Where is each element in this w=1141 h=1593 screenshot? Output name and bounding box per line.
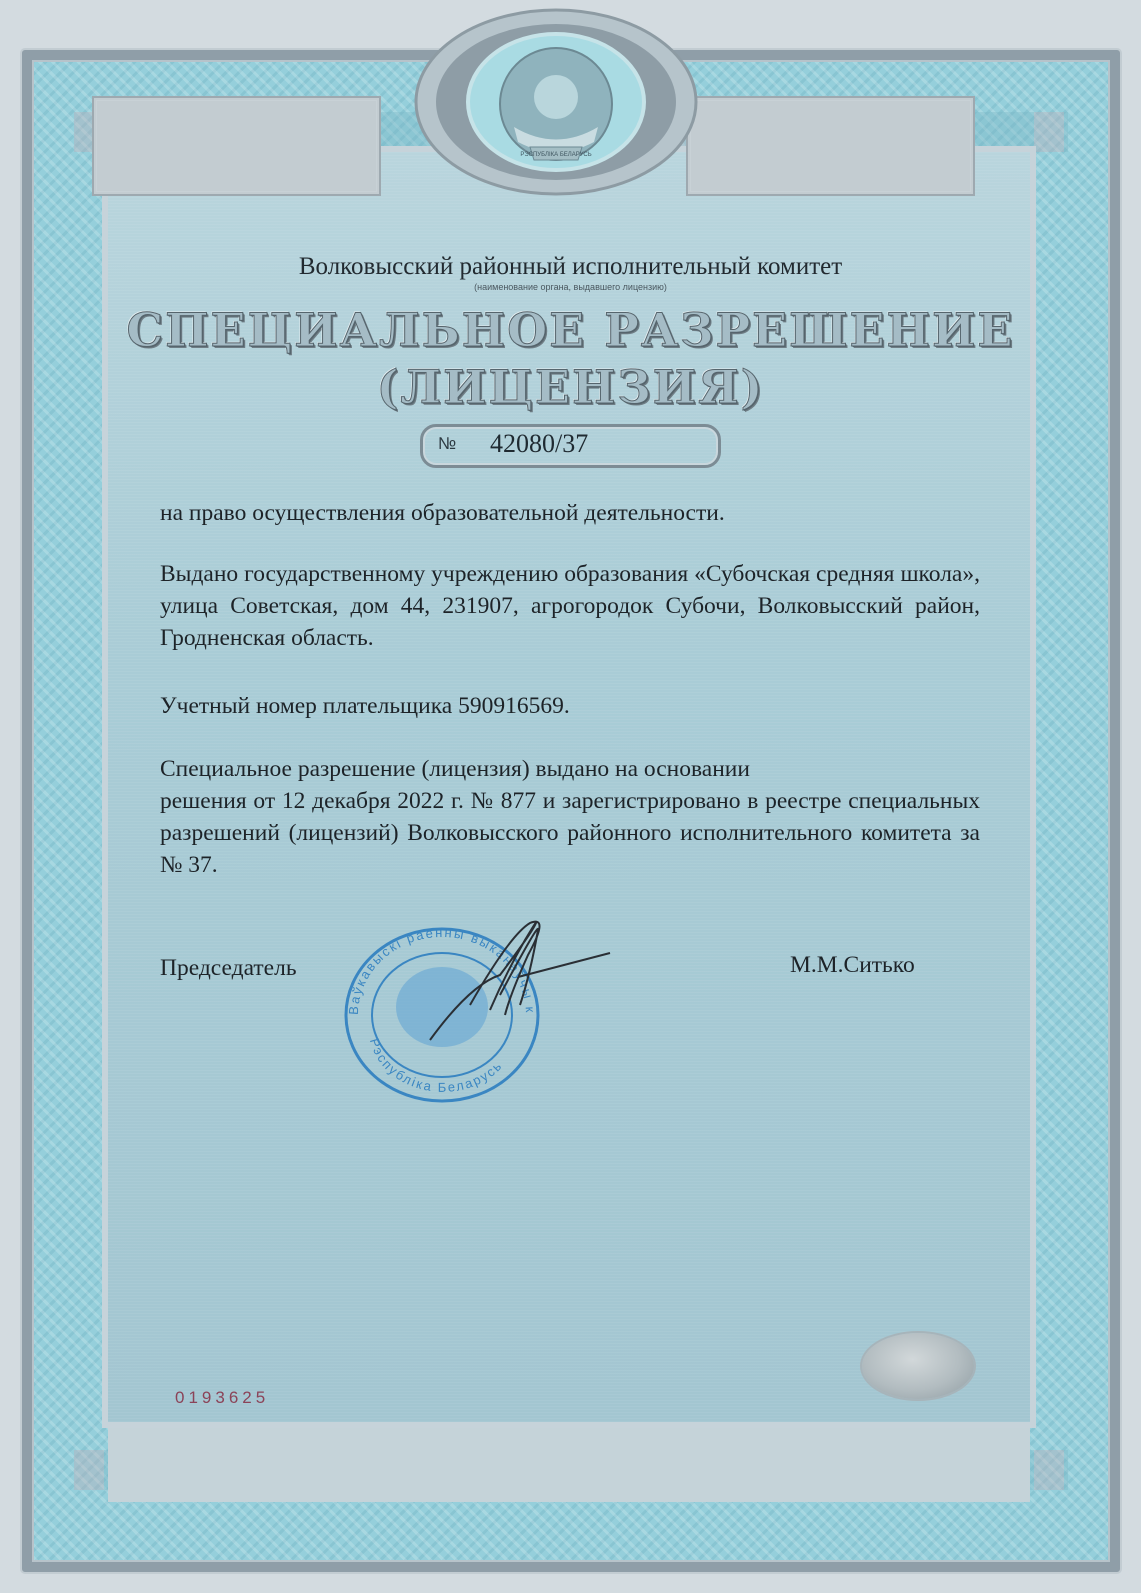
blank-box-right	[686, 96, 975, 196]
signatory-title: Председатель	[160, 955, 297, 982]
signatory-name: М.М.Ситько	[790, 952, 915, 979]
license-purpose: на право осуществления образовательной д…	[160, 497, 980, 529]
svg-text:РЭСПУБЛІКА БЕЛАРУСЬ: РЭСПУБЛІКА БЕЛАРУСЬ	[520, 152, 591, 158]
document-subtitle: (ЛИЦЕНЗИЯ)	[0, 360, 1141, 414]
issue-basis-details: решения от 12 декабря 2022 г. № 877 и за…	[160, 785, 980, 881]
document-title: СПЕЦИАЛЬНОЕ РАЗРЕШЕНИЕ	[0, 303, 1141, 357]
number-sign: №	[438, 434, 456, 454]
panel-bottom-area	[108, 1422, 1030, 1502]
blank-box-left	[92, 96, 381, 196]
state-emblem-icon: РЭСПУБЛІКА БЕЛАРУСЬ	[406, 2, 706, 202]
taxpayer-number: Учетный номер плательщика 590916569.	[160, 690, 980, 722]
issue-basis-intro: Специальное разрешение (лицензия) выдано…	[160, 753, 980, 785]
hologram-icon	[862, 1333, 974, 1399]
license-number: 42080/37	[490, 429, 588, 459]
signature	[410, 915, 630, 1045]
licensee-details: Выдано государственному учреждению образ…	[160, 558, 980, 654]
blank-serial-number: 0193625	[175, 1388, 269, 1408]
issuing-authority: Волковысский районный исполнительный ком…	[0, 253, 1141, 281]
issuing-authority-caption: (наименование органа, выдавшего лицензию…	[0, 282, 1141, 292]
